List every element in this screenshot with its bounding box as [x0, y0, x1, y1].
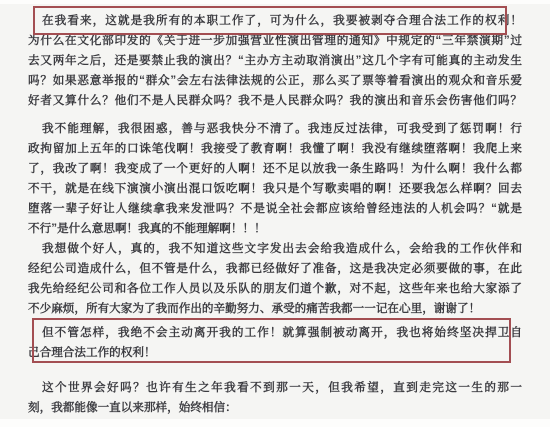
text-line: 不少麻烦，所有大家为了我而作出的辛勤努力、承受的痛苦我都一一记在心里，谢谢了！ [28, 299, 522, 319]
text-line: 我想做个好人，真的，我不知道这些文字发出去会给我造成什么，会给我的工作伙伴和 [28, 239, 522, 259]
text-line: 但不管怎样，我绝不会主动离开我的工作！就算强制被动离开，我也将始终坚决捍卫自 [28, 323, 522, 343]
text-line: 我先给经纪公司和各位工作人员以及乐队的朋友们道个歉，对不起，这些年来也给大家添了 [28, 279, 522, 299]
paragraph-opening-statement: 在我看来，这就是我所有的本职工作了，可为什么，我要被剥夺合理合法工作的权利！为什… [28, 11, 522, 111]
text-line: 经纪公司造成什么，但不管是什么，我都已经做好了准备，这是我决定必须要做的事，在此 [28, 259, 522, 279]
text-screenshot: 在我看来，这就是我所有的本职工作了，可为什么，我要被剥夺合理合法工作的权利！为什… [0, 0, 550, 427]
text-line: 了，我改了啊！我变成了一个更好的人啊！还不足以放我一条生路吗！为什么啊！我什么都 [28, 159, 522, 179]
text-line: 政拘留加上五年的口诛笔伐啊！我接受了教育啊！我懂了啊！我没有继续堕落啊！我爬上来 [28, 139, 522, 159]
text-line: 己合理合法工作的权利！ [28, 343, 522, 363]
text-line: 去又两年之后，还是要禁止我的演出？“主办方主动取消演出”这几个字有可能真的主动发… [28, 51, 522, 71]
text-line: 在我看来，这就是我所有的本职工作了，可为什么，我要被剥夺合理合法工作的权利！ [28, 11, 522, 31]
text-line: 堕落一辈子好让人继续拿我来发泄吗？不是说全社会都应该给曾经违法的人机会吗？“就是 [28, 199, 522, 219]
paragraph-closing-paragraph: 这个世界会好吗？也许有生之年我看不到那一天，但我希望，直到走完这一生的那一刻，我… [28, 378, 522, 418]
paragraph-apology-paragraph: 我想做个好人，真的，我不知道这些文字发出去会给我造成什么，会给我的工作伙伴和经纪… [28, 239, 522, 319]
text-line: 我不能理解，我很困惑，善与恶我快分不清了。我违反过法律，可我受到了惩罚啊！行 [28, 119, 522, 139]
text-line: 不行”是什么意思啊！我真的不能理解啊！！！ [28, 219, 522, 239]
text-line: 吗？如果恶意举报的“群众”会左右法律法规的公正，那么买了票等着看演出的观众和音乐… [28, 71, 522, 91]
text-line: 好者又算什么？他们不是人民群众吗？我不是人民群众吗？我的演出和音乐会伤害他们吗？ [28, 91, 522, 111]
paragraph-declaration-paragraph: 但不管怎样，我绝不会主动离开我的工作！就算强制被动离开，我也将始终坚决捍卫自己合… [28, 323, 522, 363]
text-line: 这个世界会好吗？也许有生之年我看不到那一天，但我希望，直到走完这一生的那一 [28, 378, 522, 398]
paragraph-confusion-paragraph: 我不能理解，我很困惑，善与恶我快分不清了。我违反过法律，可我受到了惩罚啊！行政拘… [28, 119, 522, 239]
text-line: 为什么在文化部印发的《关于进一步加强营业性演出管理的通知》中规定的“三年禁演期”… [28, 31, 522, 51]
text-line: 刻，我都能像一直以来那样，始终相信： [28, 398, 522, 418]
text-line: 不干，就是在线下演演小演出混口饭吃啊！我只是个写歌卖唱的啊！还要我怎么样啊？回去 [28, 179, 522, 199]
